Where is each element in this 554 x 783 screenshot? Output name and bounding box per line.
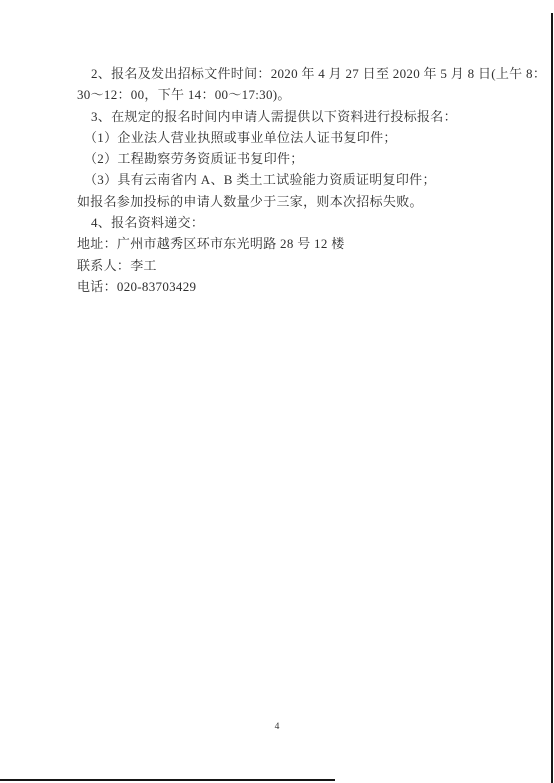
document-line: 电话：020-83703429 [77, 276, 480, 297]
document-line: 联系人：李工 [77, 255, 480, 276]
document-line: 4、报名资料递交： [77, 212, 480, 233]
document-line: 30～12：00，下午 14：00～17:30)。 [77, 84, 480, 105]
document-line: 如报名参加投标的申请人数量少于三家，则本次招标失败。 [77, 191, 480, 212]
document-line: （1）企业法人营业执照或事业单位法人证书复印件； [77, 127, 480, 148]
document-line: 地址：广州市越秀区环市东光明路 28 号 12 楼 [77, 233, 480, 254]
scan-edge-bottom [0, 779, 335, 781]
document-body: 2、报名及发出招标文件时间：2020 年 4 月 27 日至 2020 年 5 … [77, 63, 480, 297]
document-line: （3）具有云南省内 A、B 类土工试验能力资质证明复印件； [77, 169, 480, 190]
scan-edge-right [551, 13, 553, 783]
document-line: 2、报名及发出招标文件时间：2020 年 4 月 27 日至 2020 年 5 … [77, 63, 480, 84]
document-line: 3、在规定的报名时间内申请人需提供以下资料进行投标报名： [77, 106, 480, 127]
page-number: 4 [0, 722, 554, 732]
document-page: 2、报名及发出招标文件时间：2020 年 4 月 27 日至 2020 年 5 … [0, 0, 554, 783]
document-line: （2）工程勘察劳务资质证书复印件； [77, 148, 480, 169]
